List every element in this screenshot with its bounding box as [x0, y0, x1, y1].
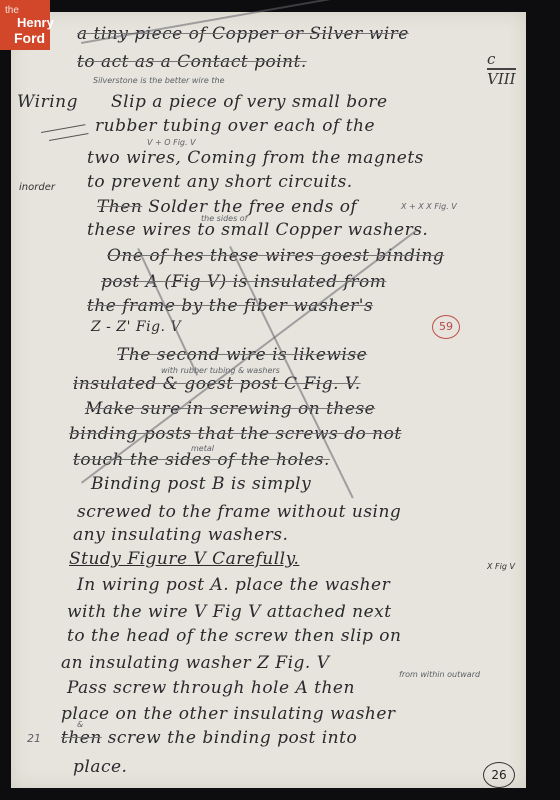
- text-line: then screw the binding post into: [61, 728, 357, 748]
- text-line: Make sure in screwing on these: [85, 399, 375, 419]
- section-numeral: VIII: [487, 68, 516, 88]
- text-line: Z - Z' Fig. V: [91, 319, 181, 335]
- margin-dash: [49, 133, 89, 141]
- text-line: In wiring post A. place the washer: [77, 575, 390, 595]
- interlinear-note: V + O Fig. V: [147, 138, 196, 147]
- struck-word: Then: [97, 197, 142, 217]
- logo-henry: Henry: [17, 16, 54, 29]
- text-line: screwed to the frame without using: [77, 502, 401, 522]
- text-line: place.: [73, 757, 127, 777]
- henry-ford-logo: the Henry Ford: [0, 0, 50, 50]
- interlinear-note: from within outward: [399, 670, 480, 679]
- text-line: One of hes these wires goest binding: [107, 246, 444, 266]
- text-line: an insulating washer Z Fig. V: [61, 653, 330, 673]
- text-line: insulated & goest post C Fig. V.: [73, 374, 361, 394]
- text-line: with the wire V Fig V attached next: [67, 602, 392, 622]
- interlinear-note: X Fig V: [487, 562, 515, 571]
- logo-ford: Ford: [14, 31, 45, 45]
- circled-page-number: 26: [483, 762, 515, 788]
- text-line: rubber tubing over each of the: [95, 116, 375, 136]
- text-line: place on the other insulating washer: [61, 704, 396, 724]
- line-text: screw the binding post into: [108, 728, 357, 748]
- margin-heading-wiring: Wiring: [17, 92, 78, 112]
- text-line: to the head of the screw then slip on: [67, 626, 401, 646]
- text-line: Slip a piece of very small bore: [111, 92, 388, 112]
- red-circled-number: 59: [432, 315, 460, 339]
- text-line: any insulating washers.: [73, 525, 288, 545]
- interlinear-note: X + X X Fig. V: [401, 202, 457, 211]
- interlinear-note: Silverstone is the better wire the: [93, 76, 224, 85]
- text-line: two wires, Coming from the magnets: [87, 148, 424, 168]
- manuscript-page: the Henry Ford c VIII a tiny piece of Co…: [11, 12, 526, 788]
- text-line: the frame by the fiber washer's: [87, 296, 373, 316]
- margin-dash: [41, 124, 86, 133]
- text-line: these wires to small Copper washers.: [87, 220, 428, 240]
- text-line: to prevent any short circuits.: [87, 172, 353, 192]
- section-mark: c VIII: [487, 50, 526, 88]
- margin-note-inorder: inorder: [19, 182, 55, 193]
- margin-note-21: 21: [27, 732, 41, 745]
- text-line: to act as a Contact point.: [77, 52, 307, 72]
- text-line: Pass screw through hole A then: [67, 678, 355, 698]
- line-text: Solder the free ends of: [148, 197, 357, 217]
- text-line: Study Figure V Carefully.: [69, 549, 299, 569]
- text-line: binding posts that the screws do not: [69, 424, 402, 444]
- text-line: Binding post B is simply: [91, 474, 311, 494]
- section-letter: c: [487, 50, 495, 68]
- struck-word: then: [61, 728, 102, 748]
